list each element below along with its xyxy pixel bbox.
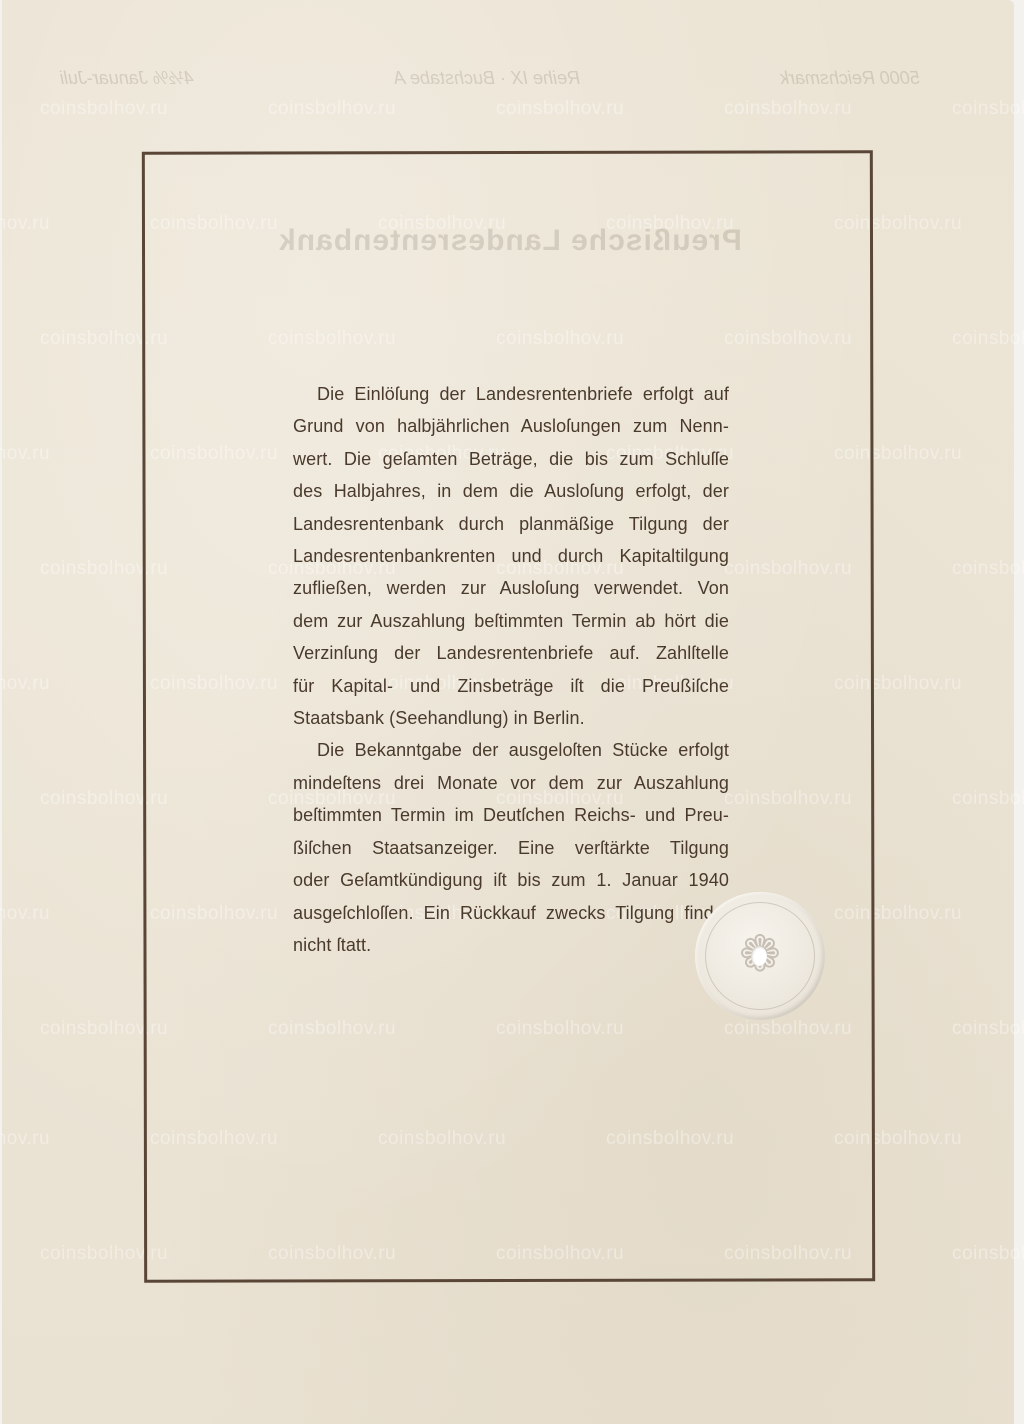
- text-line: nicht ſtatt.: [293, 929, 729, 961]
- text-line: Landesrentenbank durch planmäßige Tilgun…: [293, 508, 729, 540]
- showthrough-series: Reihe IX · Buchstabe A: [394, 68, 580, 89]
- text-line: beſtimmten Termin im Deutſchen Reichs- u…: [293, 799, 729, 831]
- document-body: Die Einlöſung der Landesrentenbriefe erf…: [293, 378, 729, 961]
- showthrough-interest: 4½% Januar-Juli: [60, 68, 194, 89]
- showthrough-header: 5000 Reichsmark Reihe IX · Buchstabe A 4…: [60, 68, 920, 89]
- text-line: wert. Die geſamten Beträge, die bis zum …: [293, 443, 729, 475]
- text-line: mindeſtens drei Monate vor dem zur Ausza…: [293, 767, 729, 799]
- text-line: zufließen, werden zur Ausloſung verwende…: [293, 572, 729, 604]
- text-line: Staatsbank (Seehandlung) in Berlin.: [293, 702, 729, 734]
- showthrough-denomination: 5000 Reichsmark: [780, 68, 920, 89]
- text-line: ausgeſchloſſen. Ein Rückkauf zwecks Tilg…: [293, 897, 729, 929]
- text-line: Grund von halbjährlichen Ausloſungen zum…: [293, 410, 729, 442]
- paragraph-redemption-terms: Die Einlöſung der Landesrentenbriefe erf…: [293, 378, 729, 734]
- paragraph-announcement-terms: Die Bekanntgabe der ausgeloſten Stücke e…: [293, 734, 729, 961]
- text-line: Die Einlöſung der Landesrentenbriefe erf…: [293, 378, 729, 410]
- text-line: für Kapital- und Zinsbeträge iſt die Pre…: [293, 670, 729, 702]
- text-line: Die Bekanntgabe der ausgeloſten Stücke e…: [293, 734, 729, 766]
- embossed-seal: ❁: [695, 892, 825, 1020]
- text-line: des Halbjahres, in dem die Ausloſung erf…: [293, 475, 729, 507]
- text-line: ßiſchen Staatsanzeiger. Eine verſtärkte …: [293, 832, 729, 864]
- text-line: Landesrentenbankrenten und durch Kapital…: [293, 540, 729, 572]
- text-line: Verzinſung der Landesrentenbriefe auf. Z…: [293, 637, 729, 669]
- text-line: dem zur Auszahlung beſtimmten Termin ab …: [293, 605, 729, 637]
- text-line: oder Geſamtkündigung iſt bis zum 1. Janu…: [293, 864, 729, 896]
- punch-hole: [751, 946, 767, 966]
